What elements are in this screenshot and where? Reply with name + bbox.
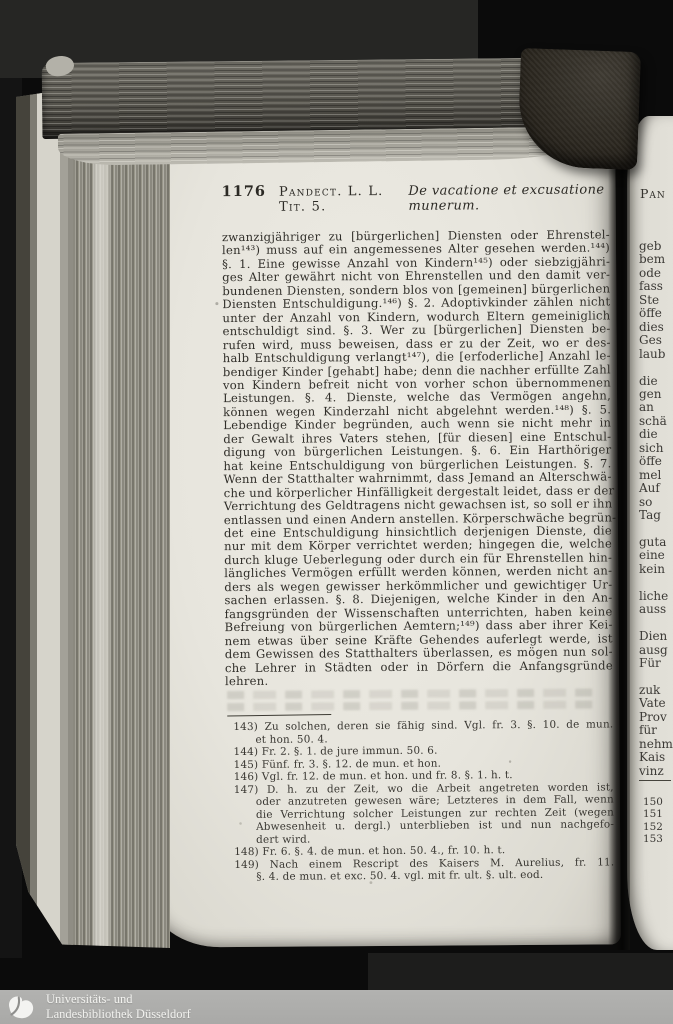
banner-line1: Universitäts- und bbox=[46, 992, 191, 1007]
next-page-text-fragment: guta bbox=[639, 536, 673, 549]
bleedthrough-line bbox=[227, 701, 599, 712]
page-content: 1176 Pandect. L. L. Tit. 5. De vacatione… bbox=[222, 180, 615, 884]
next-page-text-fragment: Ges bbox=[639, 334, 673, 347]
next-page-footnote-fragment: 151 bbox=[643, 808, 663, 820]
next-page-text-fragment bbox=[639, 361, 673, 374]
bleedthrough-line bbox=[227, 689, 599, 700]
next-page-text-fragment: kein bbox=[639, 563, 673, 576]
backdrop-shading-bottom-right bbox=[368, 953, 673, 991]
next-page-text-fragment: eine bbox=[639, 549, 673, 562]
banner-line2: Landesbibliothek Düsseldorf bbox=[46, 1007, 191, 1022]
next-page-text-fragment: Für bbox=[639, 657, 673, 670]
next-page-sliver: Pan gebbemodefassSteöffediesGeslaubdiege… bbox=[627, 116, 673, 950]
next-page-text-fragment: dies bbox=[639, 321, 673, 334]
next-page-text-fragment: öffe bbox=[639, 307, 673, 320]
next-page-text-fragment: vinz bbox=[639, 765, 673, 778]
next-page-footnote-fragments: 150151152153 bbox=[643, 796, 663, 846]
footnotes: 143) Zu solchen, deren sie fähig sind. V… bbox=[225, 719, 614, 884]
next-page-text-fragment: mel bbox=[639, 469, 673, 482]
page-number: 1176 bbox=[222, 183, 266, 200]
running-title: Pandect. L. L. Tit. 5. bbox=[279, 184, 396, 215]
next-page-text-fragment: sich bbox=[639, 442, 673, 455]
book-scan-photo: 1176 Pandect. L. L. Tit. 5. De vacatione… bbox=[0, 0, 673, 1024]
next-page-text-fragment: nehm bbox=[639, 738, 673, 751]
next-page-text-fragment: laub bbox=[639, 348, 673, 361]
next-page-text-fragment: fass bbox=[639, 280, 673, 293]
next-page-text-fragment: Dien bbox=[639, 630, 673, 643]
next-page-text-fragment: zuk bbox=[639, 684, 673, 697]
footnote-line: §. 4. de mun. et exc. 50. 4. vgl. mit fr… bbox=[226, 869, 614, 884]
next-page-text-fragment: ode bbox=[639, 267, 673, 280]
next-page-text-fragment: an bbox=[639, 401, 673, 414]
next-page-text-fragment: die bbox=[639, 428, 673, 441]
next-page-text-fragment: gen bbox=[639, 388, 673, 401]
book-page-recto: 1176 Pandect. L. L. Tit. 5. De vacatione… bbox=[145, 120, 621, 947]
next-page-text-fragments: gebbemodefassSteöffediesGeslaubdiegenans… bbox=[639, 240, 673, 778]
next-page-text-fragment: Kais bbox=[639, 751, 673, 764]
body-text: zwanzigjähriger zu [bürgerlichen] Dienst… bbox=[222, 228, 613, 688]
next-page-text-fragment: so bbox=[639, 496, 673, 509]
next-page-text-fragment: bem bbox=[639, 253, 673, 266]
next-page-text-fragment: Auf bbox=[639, 482, 673, 495]
next-page-footnote-fragment: 150 bbox=[643, 796, 663, 808]
footnote-separator-rule bbox=[227, 714, 331, 716]
book-gutter-shadow bbox=[608, 116, 630, 950]
next-page-text-fragment: Tag bbox=[639, 509, 673, 522]
chapter-title-latin: De vacatione et excusatione munerum. bbox=[408, 182, 609, 213]
next-page-footnote-fragment: 152 bbox=[643, 821, 663, 833]
next-page-text-fragment bbox=[639, 617, 673, 630]
next-page-text-fragment: für bbox=[639, 724, 673, 737]
page-header: 1176 Pandect. L. L. Tit. 5. De vacatione… bbox=[222, 180, 610, 215]
body-text-line: che Lehrer in Städten oder in Dörfern di… bbox=[225, 659, 613, 675]
next-page-footnote-fragment: 153 bbox=[643, 833, 663, 845]
next-page-text-fragment: liche bbox=[639, 590, 673, 603]
next-page-text-fragment: die bbox=[639, 375, 673, 388]
next-page-text-fragment: Prov bbox=[639, 711, 673, 724]
next-page-text-fragment: öffe bbox=[639, 455, 673, 468]
banner-text: Universitäts- und Landesbibliothek Düsse… bbox=[46, 992, 191, 1022]
ink-bleedthrough bbox=[227, 689, 599, 712]
next-page-text-fragment: geb bbox=[639, 240, 673, 253]
next-page-header-fragment: Pan bbox=[640, 186, 666, 201]
next-page-text-fragment: ausg bbox=[639, 644, 673, 657]
next-page-text-fragment bbox=[639, 576, 673, 589]
body-text-line: lehren. bbox=[225, 672, 613, 688]
next-page-text-fragment: Vate bbox=[639, 697, 673, 710]
next-page-text-fragment bbox=[639, 670, 673, 683]
next-page-footnote-rule bbox=[639, 780, 671, 781]
library-banner: Universitäts- und Landesbibliothek Düsse… bbox=[0, 990, 673, 1024]
next-page-text-fragment: schä bbox=[639, 415, 673, 428]
next-page-text-fragment: Ste bbox=[639, 294, 673, 307]
next-page-text-fragment: auss bbox=[639, 603, 673, 616]
next-page-text-fragment bbox=[639, 523, 673, 536]
book-left-page-stack-edge bbox=[16, 84, 170, 948]
ulb-logo-icon bbox=[6, 994, 36, 1021]
